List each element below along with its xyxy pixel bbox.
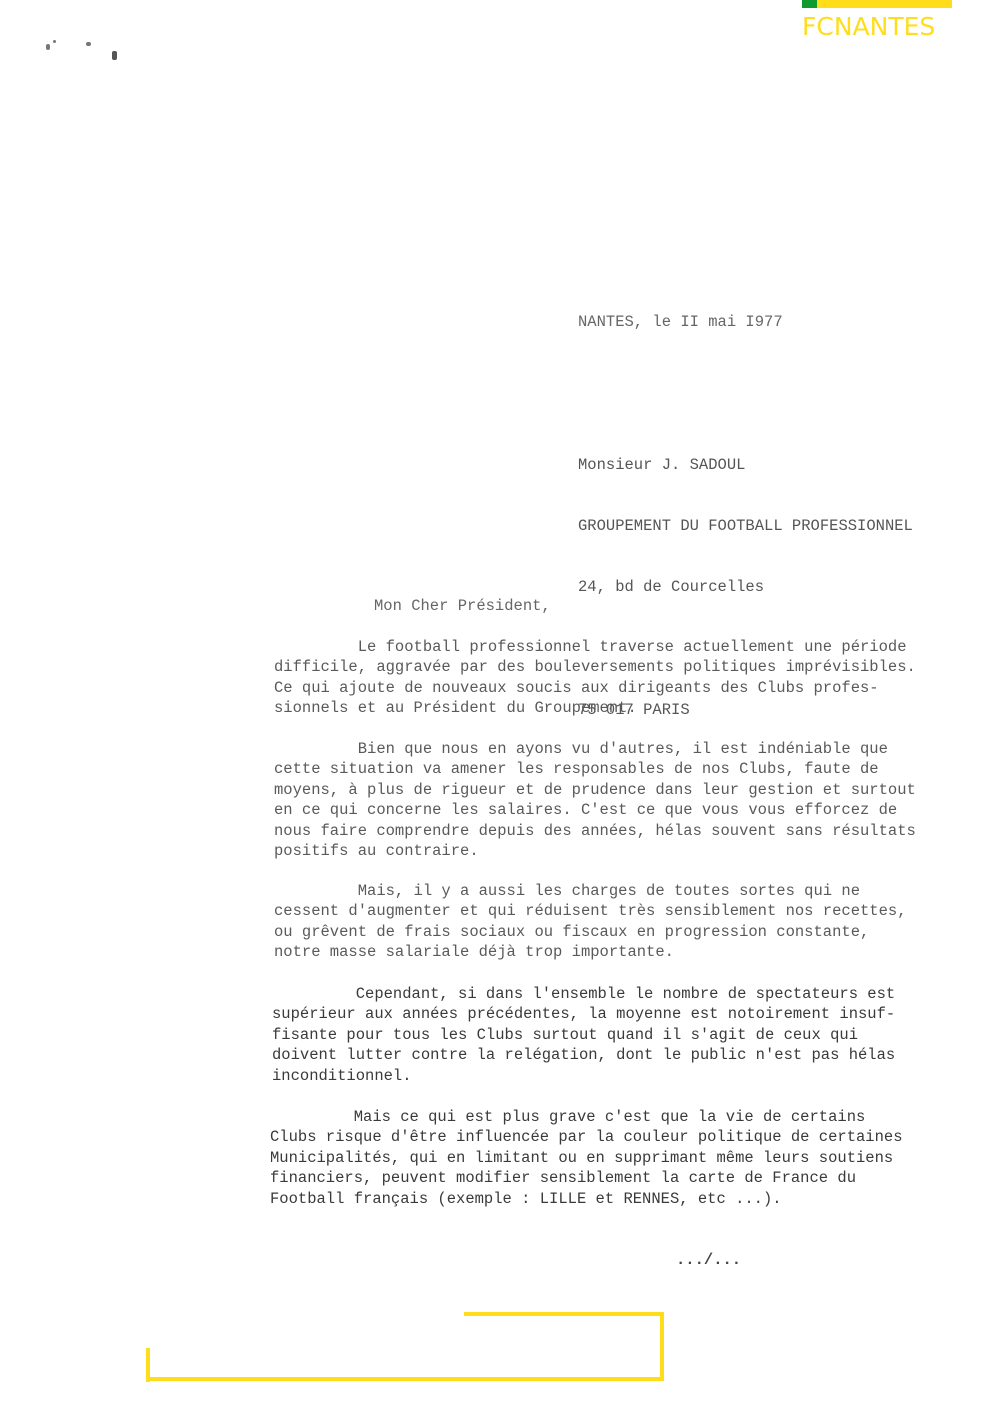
paragraph-line: Ce qui ajoute de nouveaux soucis aux dir…: [274, 678, 974, 698]
paragraph-line: Cependant, si dans l'ensemble le nombre …: [272, 984, 972, 1004]
paragraph-line: doivent lutter contre la relégation, don…: [272, 1045, 972, 1065]
paragraph-line: notre masse salariale déjà trop importan…: [274, 942, 974, 962]
paragraph-line: Le football professionnel traverse actue…: [274, 637, 974, 657]
paragraph-line: ou grêvent de frais sociaux ou fiscaux e…: [274, 922, 974, 942]
letter-date: NANTES, le II mai I977: [578, 312, 783, 332]
paragraph-2: Bien que nous en ayons vu d'autres, il e…: [274, 739, 974, 861]
fc-nantes-logo: FCNANTES: [802, 0, 952, 42]
paragraph-line: cette situation va amener les responsabl…: [274, 759, 974, 779]
paragraph-3: Mais, il y a aussi les charges de toutes…: [274, 881, 974, 963]
paragraph-line: cessent d'augmenter et qui réduisent trè…: [274, 901, 974, 921]
paragraph-line: en ce qui concerne les salaires. C'est c…: [274, 800, 974, 820]
paragraph-line: moyens, à plus de rigueur et de prudence…: [274, 780, 974, 800]
paragraph-1: Le football professionnel traverse actue…: [274, 637, 974, 719]
paragraph-line: difficile, aggravée par des bouleverseme…: [274, 657, 974, 677]
logo-color-bar: [802, 0, 952, 8]
paragraph-line: Municipalités, qui en limitant ou en sup…: [270, 1148, 970, 1168]
paragraph-5: Mais ce qui est plus grave c'est que la …: [270, 1107, 970, 1209]
continuation-mark: .../...: [676, 1250, 741, 1270]
recipient-name: Monsieur J. SADOUL: [578, 455, 913, 475]
logo-text: FCNANTES: [802, 12, 952, 42]
paragraph-line: Mais ce qui est plus grave c'est que la …: [270, 1107, 970, 1127]
scan-marks: [44, 36, 124, 66]
recipient-street: 24, bd de Courcelles: [578, 577, 913, 597]
paragraph-line: fisante pour tous les Clubs surtout quan…: [272, 1025, 972, 1045]
logo-yellow-stripe: [817, 0, 952, 8]
paragraph-line: inconditionnel.: [272, 1066, 972, 1086]
paragraph-line: Mais, il y a aussi les charges de toutes…: [274, 881, 974, 901]
paragraph-line: Football français (exemple : LILLE et RE…: [270, 1189, 970, 1209]
salutation: Mon Cher Président,: [374, 596, 551, 616]
paragraph-4: Cependant, si dans l'ensemble le nombre …: [272, 984, 972, 1086]
paragraph-line: sionnels et au Président du Groupement.: [274, 698, 974, 718]
recipient-organization: GROUPEMENT DU FOOTBALL PROFESSIONNEL: [578, 516, 913, 536]
paragraph-line: nous faire comprendre depuis des années,…: [274, 821, 974, 841]
paragraph-line: Clubs risque d'être influencée par la co…: [270, 1127, 970, 1147]
paragraph-line: Bien que nous en ayons vu d'autres, il e…: [274, 739, 974, 759]
logo-green-stripe: [802, 0, 817, 8]
paragraph-line: financiers, peuvent modifier sensiblemen…: [270, 1168, 970, 1188]
paragraph-line: positifs au contraire.: [274, 841, 974, 861]
paragraph-line: supérieur aux années précédentes, la moy…: [272, 1004, 972, 1024]
